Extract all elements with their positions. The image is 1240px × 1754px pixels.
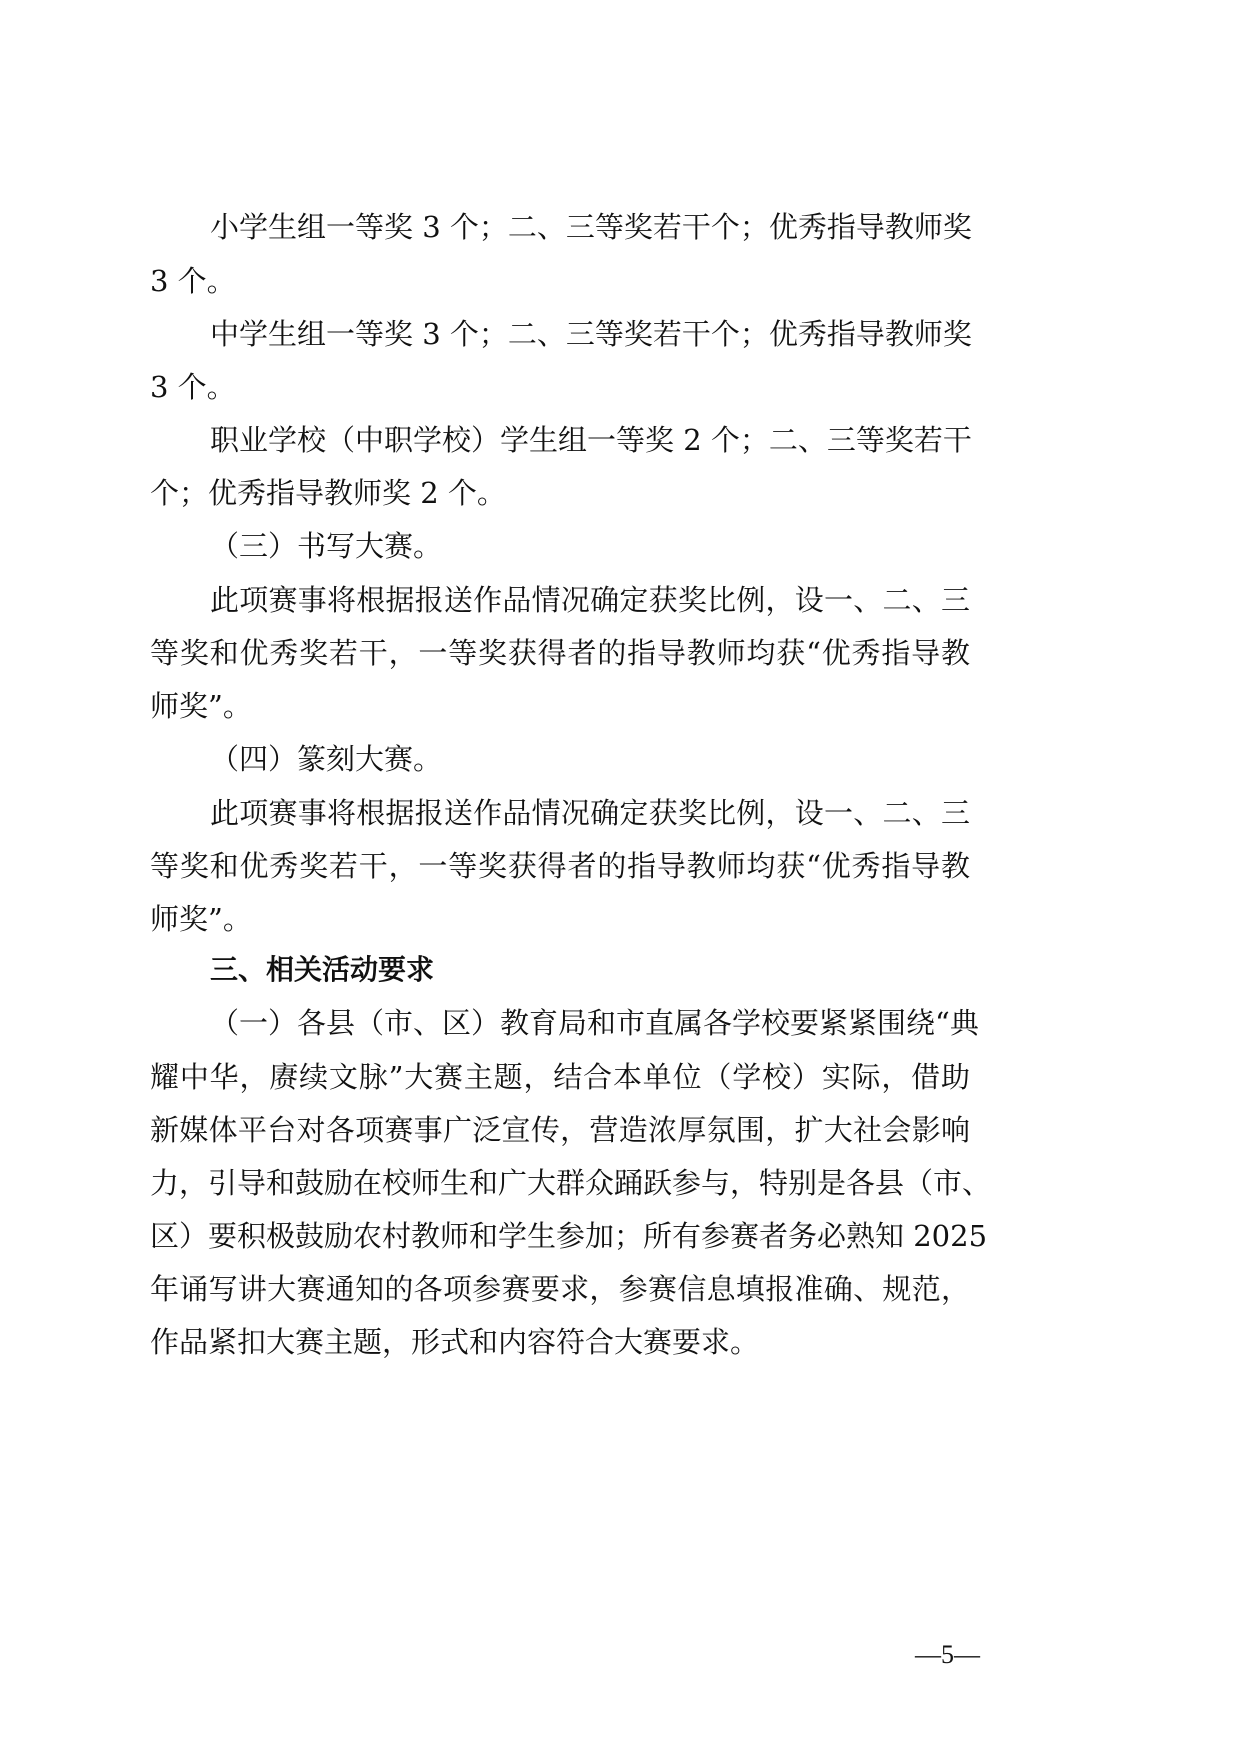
paragraph-middle-group-awards-cont: 3 个。 xyxy=(150,361,970,413)
section-heading-seal-carving-contest: （四）篆刻大赛。 xyxy=(210,733,970,785)
document-page: 小学生组一等奖 3 个；二、三等奖若干个；优秀指导教师奖 3 个。 中学生组一等… xyxy=(0,0,1240,1754)
paragraph-vocational-group-awards-cont: 个；优秀指导教师奖 2 个。 xyxy=(150,467,970,519)
paragraph-requirement-1-line4: 力，引导和鼓励在校师生和广大群众踊跃参与，特别是各县（市、 xyxy=(150,1157,970,1209)
paragraph-writing-contest-cont: 等奖和优秀奖若干，一等奖获得者的指导教师均获“优秀指导教 xyxy=(150,627,970,679)
paragraph-requirement-1-line7: 作品紧扣大赛主题，形式和内容符合大赛要求。 xyxy=(150,1316,970,1368)
section-heading-writing-contest: （三）书写大赛。 xyxy=(210,520,970,572)
paragraph-requirement-1-line6: 年诵写讲大赛通知的各项参赛要求，参赛信息填报准确、规范， xyxy=(150,1263,970,1315)
paragraph-writing-contest: 此项赛事将根据报送作品情况确定获奖比例，设一、二、三 xyxy=(210,574,970,626)
page-number: —5— xyxy=(900,1640,980,1670)
paragraph-primary-group-awards: 小学生组一等奖 3 个；二、三等奖若干个；优秀指导教师奖 xyxy=(210,201,970,253)
paragraph-middle-group-awards: 中学生组一等奖 3 个；二、三等奖若干个；优秀指导教师奖 xyxy=(210,308,970,360)
paragraph-requirement-1-line5: 区）要积极鼓励农村教师和学生参加；所有参赛者务必熟知 2025 xyxy=(150,1210,970,1262)
paragraph-seal-carving-contest: 此项赛事将根据报送作品情况确定获奖比例，设一、二、三 xyxy=(210,787,970,839)
paragraph-requirement-1-line2: 耀中华，赓续文脉”大赛主题，结合本单位（学校）实际，借助 xyxy=(150,1051,970,1103)
paragraph-vocational-group-awards: 职业学校（中职学校）学生组一等奖 2 个；二、三等奖若干 xyxy=(210,414,970,466)
paragraph-seal-carving-contest-end: 师奖”。 xyxy=(150,893,970,945)
paragraph-requirement-1-line3: 新媒体平台对各项赛事广泛宣传，营造浓厚氛围，扩大社会影响 xyxy=(150,1104,970,1156)
paragraph-seal-carving-contest-cont: 等奖和优秀奖若干，一等奖获得者的指导教师均获“优秀指导教 xyxy=(150,840,970,892)
paragraph-writing-contest-end: 师奖”。 xyxy=(150,680,970,732)
section-heading-activity-requirements: 三、相关活动要求 xyxy=(210,944,970,996)
paragraph-requirement-1: （一）各县（市、区）教育局和市直属各学校要紧紧围绕“典 xyxy=(210,997,970,1049)
paragraph-primary-group-awards-cont: 3 个。 xyxy=(150,255,970,307)
